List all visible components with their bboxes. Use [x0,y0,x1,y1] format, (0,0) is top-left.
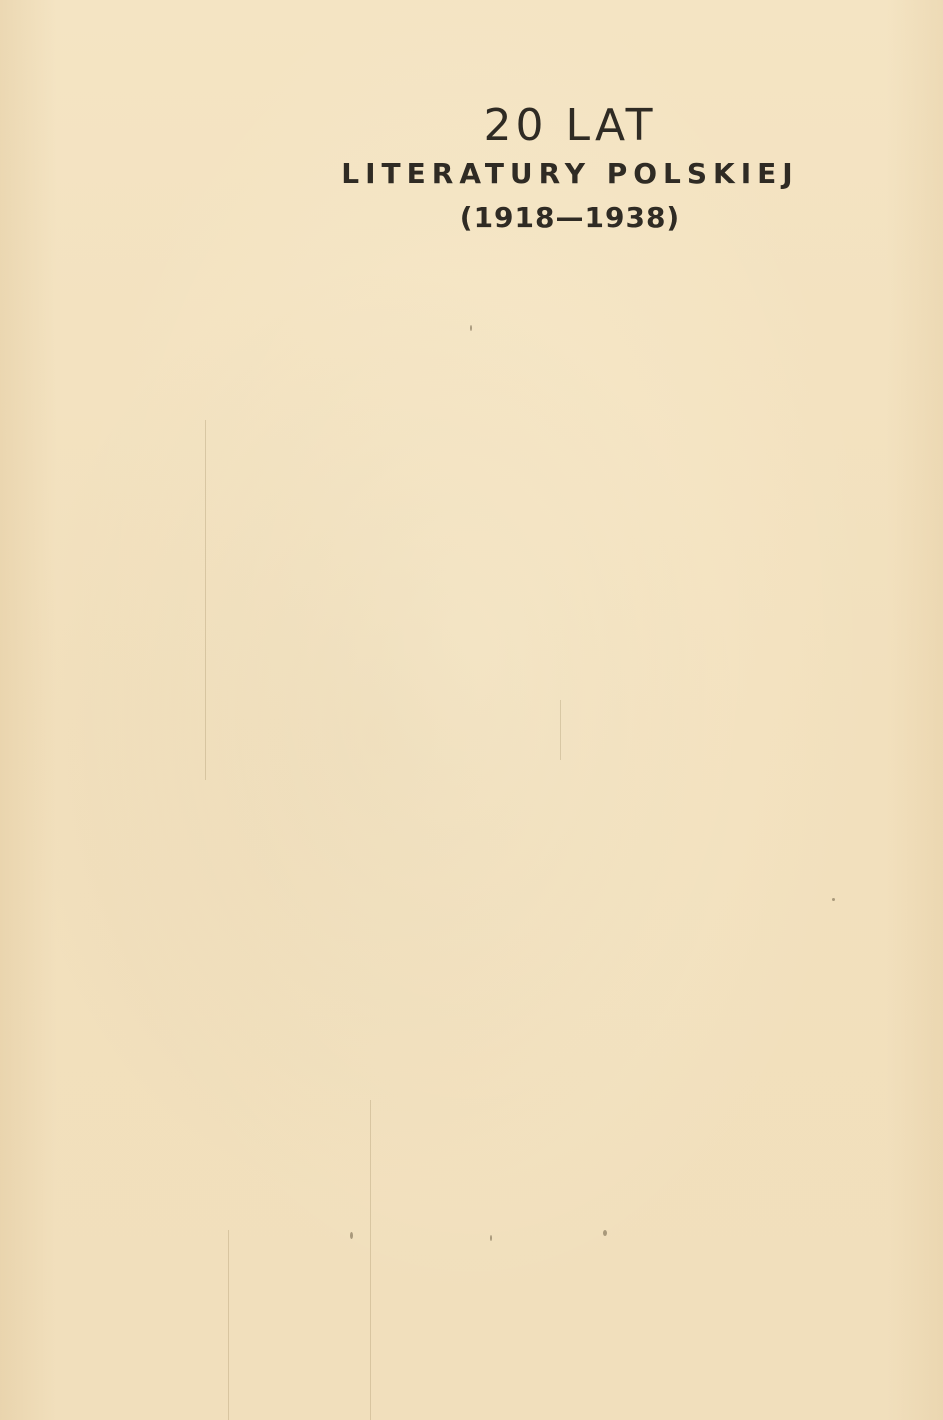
paper-crease [560,700,561,760]
book-subtitle: LITERATURY POLSKIEJ [300,154,840,194]
paper-speck [603,1230,607,1236]
paper-speck [832,898,835,901]
paper-speck [470,325,472,331]
paper-crease [228,1230,229,1420]
paper-speck [350,1232,353,1239]
book-years: (1918—1938) [300,198,840,238]
paper-crease [370,1100,371,1420]
book-page: 20 LAT LITERATURY POLSKIEJ (1918—1938) [0,0,943,1420]
paper-crease [205,420,206,780]
title-block: 20 LAT LITERATURY POLSKIEJ (1918—1938) [300,100,840,238]
book-title: 20 LAT [300,100,840,152]
paper-speck [490,1235,492,1241]
